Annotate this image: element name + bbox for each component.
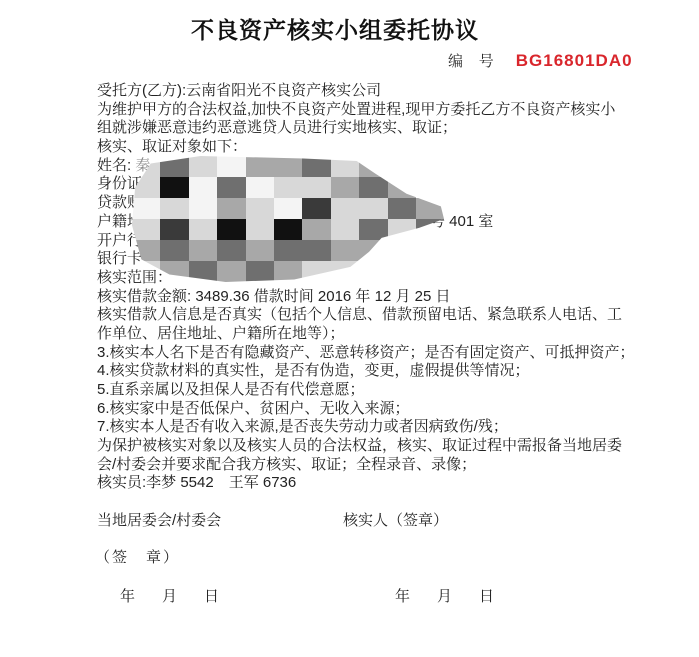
text-line: 会/村委会并要求配合我方核实、取证；全程录音、录像； xyxy=(97,456,687,475)
mosaic-cell xyxy=(217,156,245,177)
mosaic-cell xyxy=(331,177,359,198)
mosaic-cell xyxy=(246,219,274,240)
mosaic-cell xyxy=(189,198,217,219)
mosaic-cell xyxy=(246,240,274,261)
mosaic-cell xyxy=(217,198,245,219)
signature-date-right: 年 月 日 xyxy=(395,585,500,606)
text-line: 组就涉嫌恶意违约恶意逃贷人员进行实地核实、取证； xyxy=(97,119,687,138)
mosaic-cell xyxy=(331,240,359,261)
signature-left-party: 当地居委会/村委会 xyxy=(97,509,221,530)
text-line: 5.直系亲属以及担保人是否有代偿意愿； xyxy=(97,381,687,400)
text-line: 核实员:李梦 5542 王军 6736 xyxy=(97,474,687,493)
text-line: 6.核实家中是否低保户、贫困户、无收入来源； xyxy=(97,400,687,419)
mosaic-cell xyxy=(274,177,302,198)
serial-label: 编 号 xyxy=(448,50,500,71)
mosaic-cell xyxy=(274,198,302,219)
mosaic-cell xyxy=(302,198,330,219)
text-line: 为维护甲方的合法权益,加快不良资产处置进程,现甲方委托乙方不良资产核实小 xyxy=(97,101,687,120)
mosaic-cell xyxy=(160,240,188,261)
text-line: 核实借款人信息是否真实（包括个人信息、借款预留电话、紧急联系人电话、工 xyxy=(97,306,687,325)
page-title: 不良资产核实小组委托协议 xyxy=(0,12,670,45)
signature-seal-label: （签 章） xyxy=(95,546,180,567)
mosaic-cell xyxy=(331,198,359,219)
text-line: 为保护被核实对象以及核实人员的合法权益，核实、取证过程中需报备当地居委 xyxy=(97,437,687,456)
mosaic-cell xyxy=(388,198,416,219)
field-label: 姓名: xyxy=(97,157,135,174)
mosaic-cell xyxy=(359,177,387,198)
mosaic-cell xyxy=(217,177,245,198)
mosaic-cell xyxy=(274,219,302,240)
text-line: 作单位、居住地址、户籍所在地等）； xyxy=(97,325,687,344)
mosaic-cell xyxy=(274,240,302,261)
mosaic-cell xyxy=(331,219,359,240)
serial-number: BG16801DA0 xyxy=(516,51,633,71)
mosaic-row xyxy=(132,198,444,219)
mosaic-cell xyxy=(189,219,217,240)
mosaic-cell xyxy=(217,261,245,282)
mosaic-cell xyxy=(160,198,188,219)
mosaic-cell xyxy=(189,240,217,261)
mosaic-cell xyxy=(302,219,330,240)
text-line: 核实借款金额: 3489.36 借款时间 2016 年 12 月 25 日 xyxy=(97,288,687,307)
mosaic-cell xyxy=(246,156,274,177)
mosaic-cell xyxy=(302,177,330,198)
mosaic-cell xyxy=(160,177,188,198)
serial-row: 编 号 BG16801DA0 xyxy=(448,50,633,71)
mosaic-cell xyxy=(160,219,188,240)
signature-right-party: 核实人（签章） xyxy=(343,509,448,530)
mosaic-cell xyxy=(217,240,245,261)
text-line: 核实、取证对象如下： xyxy=(97,138,687,157)
mosaic-cell xyxy=(274,156,302,177)
signature-date-left: 年 月 日 xyxy=(120,585,225,606)
mosaic-cell xyxy=(217,219,245,240)
mosaic-cell xyxy=(302,240,330,261)
text-line: 7.核实本人是否有收入来源,是否丧失劳动力或者因病致伤/残； xyxy=(97,418,687,437)
mosaic-cell xyxy=(359,219,387,240)
text-line: 3.核实本人名下是否有隐藏资产、恶意转移资产；是否有固定资产、可抵押资产； xyxy=(97,344,687,363)
mosaic-cell xyxy=(132,219,160,240)
field-label: 银行卡 xyxy=(97,250,142,267)
text-line: 受托方(乙方):云南省阳光不良资产核实公司 xyxy=(97,82,687,101)
mosaic-cell xyxy=(359,198,387,219)
mosaic-cell xyxy=(132,198,160,219)
mosaic-cell xyxy=(189,156,217,177)
mosaic-cell xyxy=(189,177,217,198)
document-page: 不良资产核实小组委托协议 编 号 BG16801DA0 受托方(乙方):云南省阳… xyxy=(0,0,699,657)
body-text: 受托方(乙方):云南省阳光不良资产核实公司为维护甲方的合法权益,加快不良资产处置… xyxy=(97,82,687,493)
mosaic-cell xyxy=(246,177,274,198)
mosaic-cell xyxy=(246,261,274,282)
mosaic-cell xyxy=(246,198,274,219)
text-line: 4.核实贷款材料的真实性，是否有伪造，变更，虚假提供等情况； xyxy=(97,362,687,381)
